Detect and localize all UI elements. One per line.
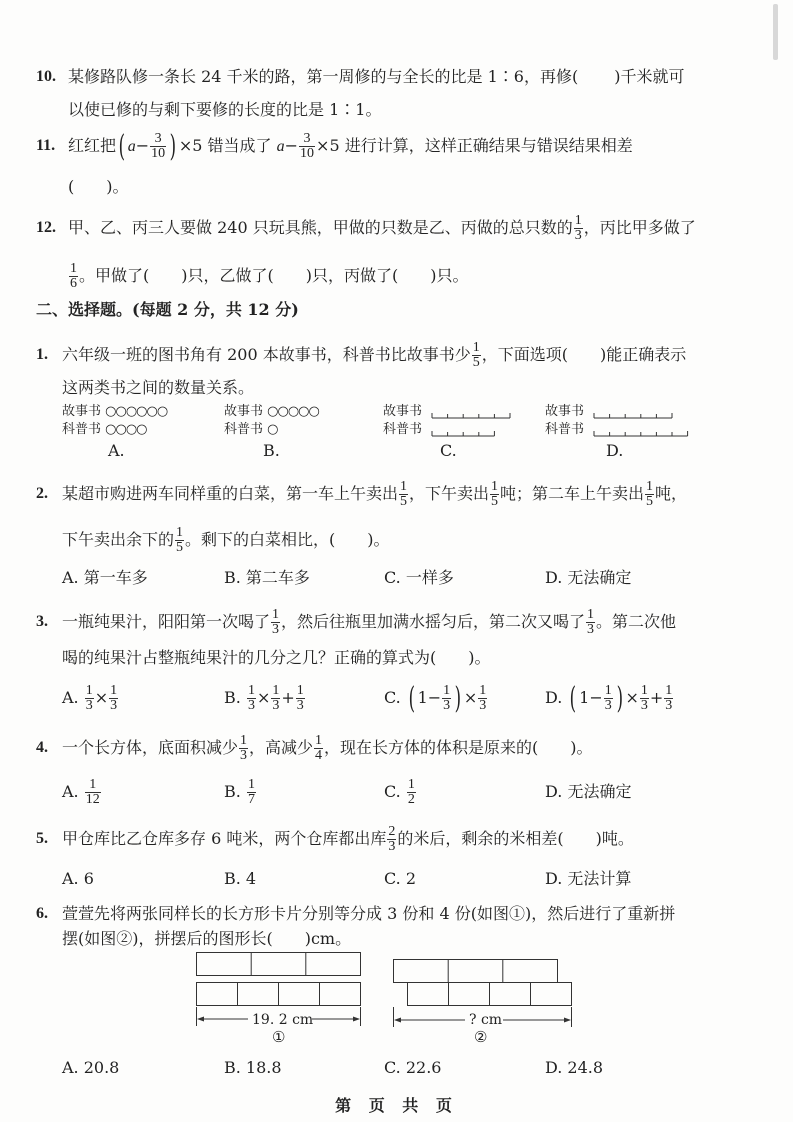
q10-text-b: )千米就可	[614, 67, 684, 86]
option-d-bar-diagram	[594, 410, 694, 440]
choice-3-option-a[interactable]: A. 13×13	[62, 680, 119, 716]
minus-sign: −	[285, 136, 298, 155]
question-12-line-1: 甲、乙、丙三人要做 240 只玩具熊，甲做的只数是乙、丙做的总只数的13，丙比甲…	[68, 210, 696, 246]
choice-question-number-1: 1.	[36, 345, 48, 365]
page-footer: 第 页 共 页	[0, 1093, 793, 1116]
fraction-1-5: 15	[399, 480, 408, 509]
choice-6-option-d[interactable]: D. 24.8	[545, 1058, 603, 1078]
fraction-1-5: 15	[175, 526, 184, 555]
fraction-1-3: 13	[586, 608, 595, 637]
fraction-1-3: 13	[574, 214, 583, 243]
choice-5-option-b[interactable]: B. 4	[224, 869, 256, 889]
choice-4-option-b[interactable]: B. 17	[224, 774, 257, 810]
question-11-line-2: ( )。	[68, 177, 129, 197]
c1-text-b: ，下面选项( )能正确表示	[482, 345, 687, 364]
choice-4-option-a[interactable]: A. 112	[62, 774, 102, 810]
option-b-science: 科普书 ○	[224, 423, 278, 437]
option-c-bar-diagram	[432, 410, 522, 440]
option-c-science-label: 科普书	[383, 423, 422, 437]
choice-6-option-b[interactable]: B. 18.8	[224, 1058, 282, 1078]
choice-3-line-2: 喝的纯果汁占整瓶纯果汁的几分之几？正确的算式为( )。	[62, 648, 491, 668]
fraction-3-10: 310	[150, 132, 166, 161]
choice-5-option-a[interactable]: A. 6	[62, 869, 94, 889]
close-paren: )	[170, 137, 176, 157]
c1-text-a: 六年级一班的图书角有 200 本故事书，科普书比故事书少	[62, 345, 471, 364]
minus-sign: −	[136, 136, 149, 155]
option-a-science: 科普书 ○○○○	[62, 423, 147, 437]
choice-question-number-3: 3.	[36, 612, 48, 632]
figure-1-measure: 19. 2 cm	[252, 1013, 313, 1027]
question-number-12: 12.	[36, 218, 56, 238]
choice-2-line-1: 某超市购进两车同样重的白菜，第一车上午卖出15，下午卖出15吨；第二车上午卖出1…	[62, 476, 687, 512]
choice-5-line-1: 甲仓库比乙仓库多存 6 吨米，两个仓库都出库23的米后，剩余的米相差( )吨。	[62, 821, 634, 857]
choice-2-option-b[interactable]: B. 第二车多	[224, 568, 310, 588]
fraction-1-5: 15	[472, 341, 481, 370]
choice-6-line-1: 萱萱先将两张同样长的长方形卡片分别等分成 3 份和 4 份(如图①)，然后进行了…	[62, 904, 675, 924]
q12-text-2: 。甲做了( )只，乙做了( )只，丙做了( )只。	[79, 266, 468, 285]
choice-4-option-d[interactable]: D. 无法确定	[545, 782, 631, 802]
question-10-line-2: 以使已修的与剩下要修的长度的比是 1∶1。	[68, 100, 381, 120]
fraction-2-3: 23	[387, 825, 396, 854]
question-12-line-2: 16。甲做了( )只，乙做了( )只，丙做了( )只。	[68, 258, 468, 294]
option-b-label[interactable]: B.	[263, 441, 280, 461]
fraction-1-4: 14	[314, 734, 323, 763]
choice-question-number-2: 2.	[36, 484, 48, 504]
q12-text-end: ，丙比甲多做了	[584, 218, 696, 237]
choice-2-line-2: 下午卖出余下的15。剩下的白菜相比，( )。	[62, 522, 390, 558]
choice-4-line-1: 一个长方体，底面积减少13，高减少14，现在长方体的体积是原来的( )。	[62, 730, 593, 766]
figure-1-label: ①	[272, 1030, 285, 1044]
q11-text-end: ×5 进行计算，这样正确结果与错误结果相差	[316, 136, 633, 155]
q11-text-pre: 红红把	[68, 136, 116, 155]
option-d-label[interactable]: D.	[606, 441, 623, 461]
var-a: a	[128, 138, 136, 155]
choice-6-option-a[interactable]: A. 20.8	[62, 1058, 119, 1078]
option-a-story: 故事书 ○○○○○○	[62, 405, 167, 419]
choice-2-option-d[interactable]: D. 无法确定	[545, 568, 631, 588]
option-b-story: 故事书 ○○○○○	[224, 405, 319, 419]
choice-6-option-c[interactable]: C. 22.6	[384, 1058, 441, 1078]
choice-5-option-d[interactable]: D. 无法计算	[545, 869, 631, 889]
choice-1-line-1: 六年级一班的图书角有 200 本故事书，科普书比故事书少15，下面选项( )能正…	[62, 337, 686, 373]
fraction-1-5: 15	[490, 480, 499, 509]
choice-question-number-5: 5.	[36, 829, 48, 849]
fraction-3-10: 310	[299, 132, 315, 161]
choice-3-option-d[interactable]: D. (1−13)×13+13	[545, 680, 674, 716]
option-c-label[interactable]: C.	[440, 441, 457, 461]
question-10-line-1: 某修路队修一条长 24 千米的路，第一周修的与全长的比是 1∶6，再修()千米就…	[68, 67, 684, 87]
fraction-1-5: 15	[645, 480, 654, 509]
option-a-label[interactable]: A.	[108, 441, 125, 461]
question-number-10: 10.	[36, 67, 56, 87]
option-d-story-label: 故事书	[545, 405, 584, 419]
fraction-1-6: 16	[69, 262, 78, 291]
choice-2-option-a[interactable]: A. 第一车多	[62, 568, 148, 588]
option-c-story-label: 故事书	[383, 405, 422, 419]
question-number-11: 11.	[36, 136, 55, 156]
fraction-1-3: 13	[239, 734, 248, 763]
q12-text: 甲、乙、丙三人要做 240 只玩具熊，甲做的只数是乙、丙做的总只数的	[68, 218, 573, 237]
choice-3-line-1: 一瓶纯果汁，阳阳第一次喝了13，然后往瓶里加满水摇匀后，第二次又喝了13。第二次…	[62, 604, 676, 640]
q11-text-mid: ×5 错当成了	[179, 136, 277, 155]
question-11-line-1: 红红把(a−310)×5 错当成了 a−310×5 进行计算，这样正确结果与错误…	[68, 128, 633, 165]
option-d-science-label: 科普书	[545, 423, 584, 437]
choice-3-option-c[interactable]: C. (1−13)×13	[384, 680, 488, 716]
q10-text-a: 某修路队修一条长 24 千米的路，第一周修的与全长的比是 1∶6，再修(	[68, 67, 578, 86]
choice-question-number-6: 6.	[36, 904, 48, 924]
choice-5-option-c[interactable]: C. 2	[384, 869, 416, 889]
choice-4-option-c[interactable]: C. 12	[384, 774, 417, 810]
choice-1-line-2: 这两类书之间的数量关系。	[62, 378, 254, 398]
choice-2-option-c[interactable]: C. 一样多	[384, 568, 454, 588]
figure-2-label: ②	[474, 1030, 487, 1044]
choice-3-option-b[interactable]: B. 13×13+13	[224, 680, 306, 716]
var-a: a	[277, 138, 285, 155]
choice-question-number-4: 4.	[36, 738, 48, 758]
scrollbar-thumb[interactable]	[773, 4, 778, 60]
fraction-1-3: 13	[271, 608, 280, 637]
figure-2-measure: ? cm	[469, 1013, 502, 1027]
choice-6-line-2: 摆(如图②)，拼摆后的图形长( )cm。	[62, 929, 351, 949]
open-paren: (	[119, 137, 125, 157]
section-2-title: 二、选择题。(每题 2 分，共 12 分)	[36, 300, 299, 320]
